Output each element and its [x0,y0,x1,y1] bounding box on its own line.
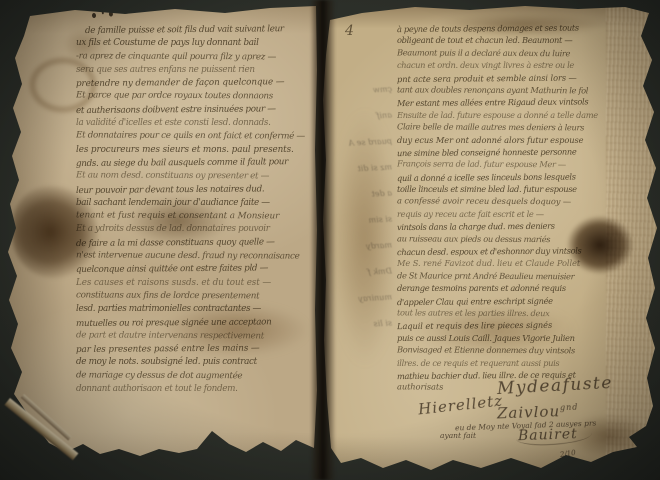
ink-blot [92,13,96,18]
signature: Hierelletz [417,392,504,419]
manuscript-line: chacun desd. espoux et d'eshonnor duy vi… [397,244,642,259]
bleedthrough-mark: mz si dit [331,154,392,183]
manuscript-line: derange tesmoins parents et adonné requi… [397,282,642,294]
manuscript-line: obligeant de tout et chacun led. Beaumon… [397,34,642,46]
manuscript-line: constituans aux fins de lordce presentem… [76,289,312,304]
manuscript-line: de mariage cy dessus de dot augmentée [76,369,312,384]
manuscript-line: quil a donné a icelle ses linceuls bons … [397,170,642,185]
manuscript-line: de St Maurice prnt André Beaulieu menuis… [397,269,642,283]
manuscript-line: Et au nom desd. constituans oy presenter… [76,170,312,185]
manuscript-line: Et parce que par ordce royaux toutes don… [76,90,312,105]
manuscript-line: duy ecus Mer ont adonné alors futur espo… [397,134,642,146]
notary-note: ayant fait [440,431,476,440]
folio-number: 4 [345,23,354,39]
manuscript-line: lesd. parties matrimonielles contractant… [76,303,312,316]
manuscript-scan: de famille puisse et soit fils dud vait … [0,0,660,480]
manuscript-line: tenant et fust requis et consentant a Mo… [76,210,312,225]
manuscript-line: à peyne de touts despens domages et ses … [397,21,642,36]
signature: Bauiret [516,426,592,447]
manuscript-line: -ra aprez de cinquante quil pourra filz … [76,50,312,65]
manuscript-line: Me S. rené Favizot dud. lieu et Claude P… [397,257,642,269]
bleedthrough-mark: Dmk f [331,258,392,287]
bleedthrough-mark: mardy [331,232,392,261]
manuscript-line: Et donnataires pour ce quils en ont faic… [76,130,312,145]
bleedthrough-mark: çmw [331,76,392,105]
manuscript-line: par les presentes passé entre les mains … [76,342,312,357]
manuscript-line: Ensuite de lad. future espouse a donné a… [397,109,642,121]
manuscript-line: les procureurs mes sieurs et mons. paul … [76,144,312,157]
bleedthrough-mark: puard se A [331,128,392,157]
binding-gutter-shadow [310,0,336,480]
manuscript-line: a confessé avoir receu desquels doquoy — [397,195,642,209]
manuscript-line: vintsols dans la charge dud. mes deniers [397,219,642,234]
manuscript-line: Bonvisaged et Etienne donnemes duy vints… [397,344,642,358]
left-page-text: de famille puisse et soit fils dud vait … [76,24,312,396]
bleedthrough-mark: si lis [331,310,392,339]
right-page-text: à peyne de touts despens domages et ses … [397,22,642,394]
manuscript-line: quelconque ainsi quittée ont estre faite… [76,262,312,277]
manuscript-line: Les causes et raisons susds. et du tout … [76,277,312,290]
signature-suffix: gnd [560,403,579,413]
manuscript-line: de moy le nots. soubsigné led. puis cont… [76,356,312,369]
manuscript-line: bail sachant lendemain jour d'audiance f… [76,197,312,210]
bleedthrough-mark: muniray [331,284,392,313]
manuscript-line: mutuelles ou roi presque signée une acce… [76,316,312,331]
bleedthrough-mark: si sim [331,206,392,235]
manuscript-line: et autherisaons doibvent estre insinuées… [76,103,312,118]
manuscript-line: puis ce aussi Louis Caill. Jaques Vigori… [397,332,642,344]
manuscript-line: sera que ses autres enfans ne puissent r… [76,64,312,77]
manuscript-line: illres. de ce requis et requerant aussi … [397,357,642,369]
manuscript-line: Beaumont puis il a declaré aux deux du l… [397,46,642,60]
folio-mark: 2/10 [560,449,577,459]
manuscript-line: Laquil et requis des lire pieces signés [397,318,642,333]
manuscript-line: Claire belle de maille autres mes denier… [397,120,642,134]
manuscript-line: de famille puisse et soit fils dud vait … [76,23,312,38]
manuscript-line: la validité d'icelles et este consti les… [76,117,312,130]
manuscript-line: ux fils et Coustume de pays luy donnant … [76,37,312,50]
bleedthrough-marks: çmwanifpuard se Amz si dita detsi simmar… [332,78,392,338]
manuscript-line: chacun et ordn. deux vingt livres à estr… [397,59,642,71]
bleedthrough-mark: anif [331,102,392,131]
manuscript-line: Et a ydroits dessus de lad. donnataires … [76,223,312,236]
manuscript-line: Mer estant mes allées entre Rigaud deux … [397,95,642,110]
bleedthrough-mark: a det [331,180,392,209]
manuscript-line: leur pouvoir par devant tous les notaire… [76,183,312,198]
manuscript-line: donnant authorisaon et tout le fondem. [76,383,312,396]
